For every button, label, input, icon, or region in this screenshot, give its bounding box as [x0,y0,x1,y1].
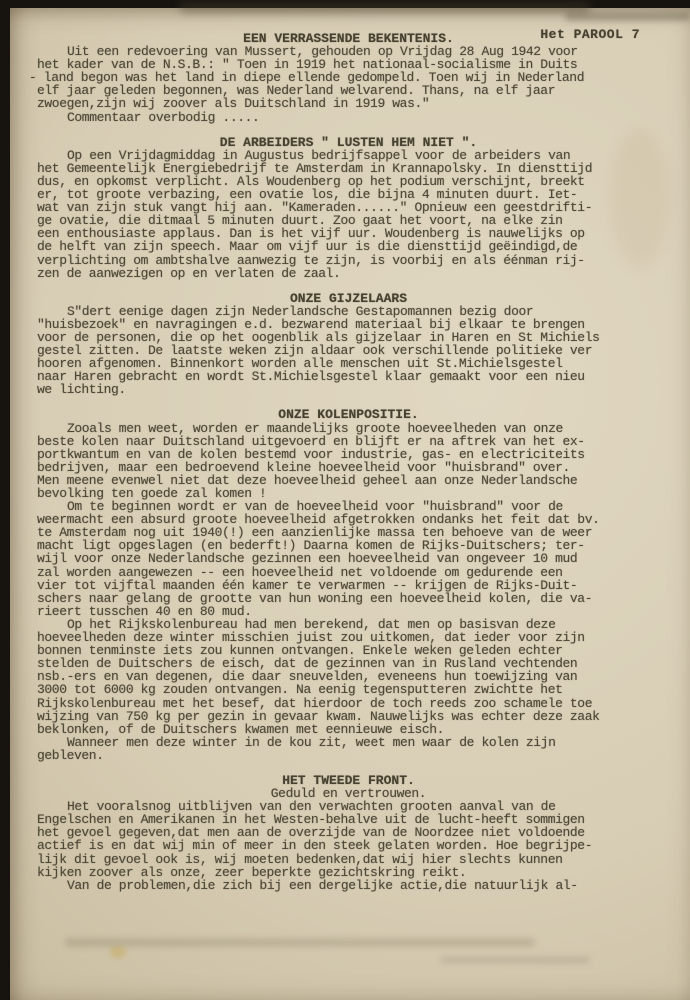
paragraph: Op het Rijkskolenbureau had men berekend… [37,618,660,736]
text-line: Rijkskolenbureau met het besef, dat hier… [37,697,660,710]
bleedthrough-smudge [440,956,590,964]
text-line: het Gemeentelijk Energiebedrijf te Amste… [37,162,660,175]
scan-background: { "colors": { "background": "#17140f", "… [0,0,690,1000]
text-line: beste kolen naar Duitschland uitgevoerd … [37,435,660,448]
paragraph: Om te beginnen wordt er van de hoeveelhe… [37,500,660,618]
text-line: beklonken, of de Duitschers kwamen met e… [37,723,660,736]
text-line: schers naar gelang de grootte van hun wo… [37,592,660,605]
text-line: Van de problemen,die zich bij een dergel… [37,879,660,892]
text-line: "huisbezoek" en navragingen e.d. bezware… [37,318,660,331]
text-line: portkwantum en van de kolen bestemd voor… [37,448,660,461]
paragraph: Uit een redevoering van Mussert, gehoude… [37,45,660,110]
text-line: actief is en dat wij min of meer in den … [37,839,660,852]
text-line: 3000 tot 6000 kg zouden ontvangen. Na ee… [37,683,660,696]
paper-stain [610,128,670,268]
section-verrassende-bekentenis: EEN VERRASSENDE BEKENTENIS. Uit een rede… [37,32,660,124]
paragraph: Zooals men weet, worden er maandelijks g… [37,422,660,501]
text-line: kijken zoover als onze, zeer beperkte ge… [37,866,660,879]
document-page: Het PAROOL 7 EEN VERRASSENDE BEKENTENIS.… [10,8,690,1000]
bleedthrough-smudge [180,2,590,13]
section-onze-gijzelaars: ONZE GIJZELAARS S"dert eenige dagen zijn… [37,292,660,397]
text-line: lijk dit gevoel ook is, wij moeten beden… [37,853,660,866]
text-line: wijl voor onze Nederlandsche gezinnen ee… [37,552,660,565]
section-de-arbeiders: DE ARBEIDERS " LUSTEN HEM NIET ". Op een… [37,136,660,280]
paragraph: Van de problemen,die zich bij een dergel… [37,879,660,892]
text-line: wijzing van 750 kg per gezin in gevaar k… [37,710,660,723]
text-line: Zooals men weet, worden er maandelijks g… [37,422,660,435]
bleedthrough-smudge [565,12,690,21]
text-line: Op een Vrijdagmiddag in Augustus bedrijf… [37,149,660,162]
text-line: rieert tusschen 40 en 80 mud. [37,605,660,618]
paragraph: S"dert eenige dagen zijn Nederlandsche G… [37,305,660,397]
text-line: we lichting. [37,383,660,396]
section-title: ONZE KOLENPOSITIE. [37,408,660,421]
text-line: S"dert eenige dagen zijn Nederlandsche G… [37,305,660,318]
paragraph: Het vooralsnog uitblijven van den verwac… [37,800,660,879]
text-line: bedrijven, maar een bedroevend kleine ho… [37,461,660,474]
paper-stain [110,946,126,958]
bleedthrough-smudge [65,938,535,947]
paragraph: Commentaar overbodig ..... [37,111,660,124]
text-line: verplichting om ambtshalve aanwezig te z… [37,254,660,267]
text-line: zal worden aangewezen -- een hoeveelheid… [37,566,660,579]
section-onze-kolenpositie: ONZE KOLENPOSITIE. Zooals men weet, word… [37,408,660,762]
paragraph: Wanneer men deze winter in de kou zit, w… [37,736,660,762]
text-line: gebleven. [37,749,660,762]
text-line: Wanneer men deze winter in de kou zit, w… [37,736,660,749]
paragraph: Op een Vrijdagmiddag in Augustus bedrijf… [37,149,660,280]
text-line: de helft van zijn speech. Maar om vijf u… [37,240,660,253]
text-line: Commentaar overbodig ..... [37,111,660,124]
section-title: DE ARBEIDERS " LUSTEN HEM NIET ". [37,136,660,149]
text-line: vier tot vijftal maanden één kamer te ve… [37,579,660,592]
section-het-tweede-front: HET TWEEDE FRONT. Geduld en vertrouwen. … [37,774,660,892]
text-line: zen de aanwezigen op en verlaten de zaal… [37,267,660,280]
text-line: zwoegen,zijn wij zoover als Duitschland … [37,97,660,110]
text-line: naar Haren gebracht en wordt St.Michiels… [37,370,660,383]
section-title: ONZE GIJZELAARS [37,292,660,305]
masthead-label: Het PAROOL 7 [540,28,640,41]
